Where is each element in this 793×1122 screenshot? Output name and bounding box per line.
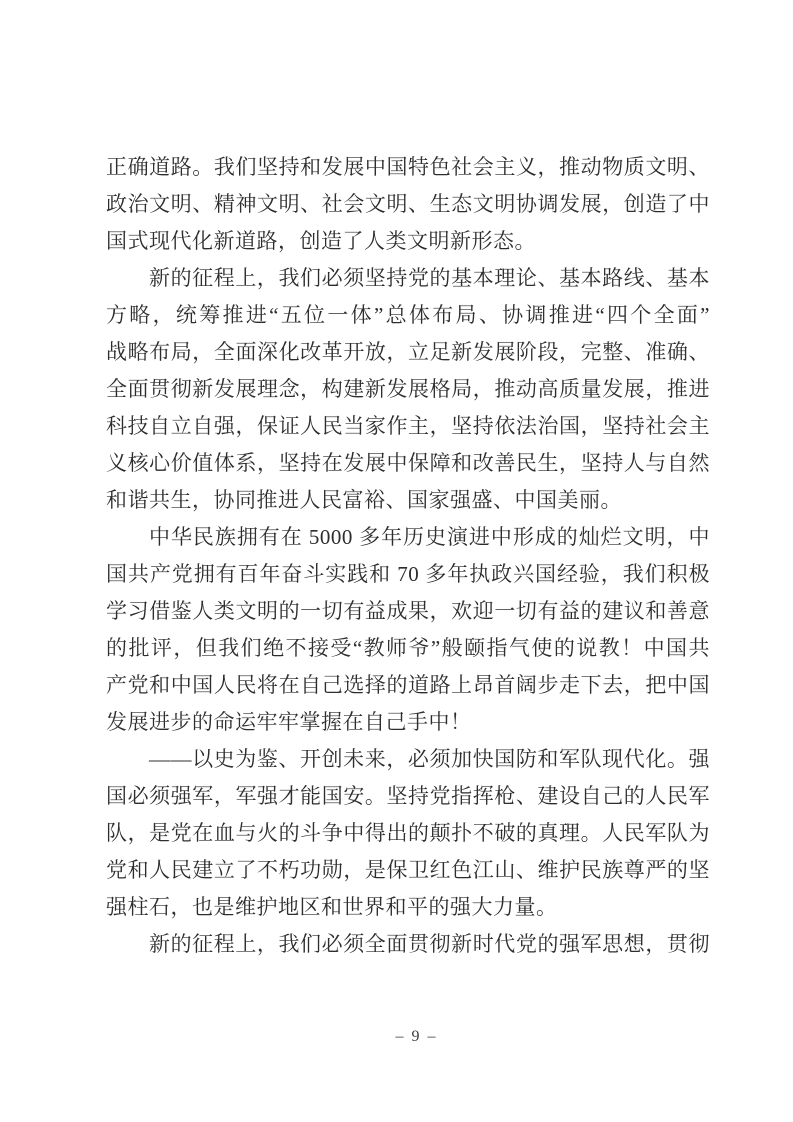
text-line: 科技自立自强，保证人民当家作主，坚持依法治国，坚持社会主 xyxy=(106,408,710,445)
text-line: 发展进步的命运牢牢掌握在自己手中！ xyxy=(106,704,710,741)
text-line: 中华民族拥有在 5000 多年历史演进中形成的灿烂文明，中 xyxy=(106,519,710,556)
text-line: 政治文明、精神文明、社会文明、生态文明协调发展，创造了中 xyxy=(106,186,710,223)
paragraph: 中华民族拥有在 5000 多年历史演进中形成的灿烂文明，中国共产党拥有百年奋斗实… xyxy=(106,519,710,741)
text-line: 国式现代化新道路，创造了人类文明新形态。 xyxy=(106,223,710,260)
text-line: 产党和中国人民将在自己选择的道路上昂首阔步走下去，把中国 xyxy=(106,667,710,704)
text-line: 党和人民建立了不朽功勋，是保卫红色江山、维护民族尊严的坚 xyxy=(106,852,710,889)
text-line: 新的征程上，我们必须全面贯彻新时代党的强军思想，贯彻 xyxy=(106,926,710,963)
text-line: 义核心价值体系，坚持在发展中保障和改善民生，坚持人与自然 xyxy=(106,445,710,482)
text-line: 国必须强军，军强才能国安。坚持党指挥枪、建设自己的人民军 xyxy=(106,778,710,815)
text-line: 战略布局，全面深化改革开放，立足新发展阶段，完整、准确、 xyxy=(106,334,710,371)
paragraph: 新的征程上，我们必须全面贯彻新时代党的强军思想，贯彻 xyxy=(106,926,710,963)
text-line: 学习借鉴人类文明的一切有益成果，欢迎一切有益的建议和善意 xyxy=(106,593,710,630)
text-line: 新的征程上，我们必须坚持党的基本理论、基本路线、基本 xyxy=(106,260,710,297)
document-body: 正确道路。我们坚持和发展中国特色社会主义，推动物质文明、政治文明、精神文明、社会… xyxy=(106,149,710,963)
text-line: ——以史为鉴、开创未来，必须加快国防和军队现代化。强 xyxy=(106,741,710,778)
page-number: – 9 – xyxy=(0,1026,793,1048)
paragraph: 新的征程上，我们必须坚持党的基本理论、基本路线、基本方略，统筹推进“五位一体”总… xyxy=(106,260,710,519)
text-line: 正确道路。我们坚持和发展中国特色社会主义，推动物质文明、 xyxy=(106,149,710,186)
text-line: 国共产党拥有百年奋斗实践和 70 多年执政兴国经验，我们积极 xyxy=(106,556,710,593)
paragraph: 正确道路。我们坚持和发展中国特色社会主义，推动物质文明、政治文明、精神文明、社会… xyxy=(106,149,710,260)
text-line: 强柱石，也是维护地区和世界和平的强大力量。 xyxy=(106,889,710,926)
document-page: 正确道路。我们坚持和发展中国特色社会主义，推动物质文明、政治文明、精神文明、社会… xyxy=(0,0,793,1122)
text-line: 队，是党在血与火的斗争中得出的颠扑不破的真理。人民军队为 xyxy=(106,815,710,852)
text-line: 的批评，但我们绝不接受“教师爷”般颐指气使的说教！中国共 xyxy=(106,630,710,667)
text-line: 全面贯彻新发展理念，构建新发展格局，推动高质量发展，推进 xyxy=(106,371,710,408)
text-line: 和谐共生，协同推进人民富裕、国家强盛、中国美丽。 xyxy=(106,482,710,519)
paragraph: ——以史为鉴、开创未来，必须加快国防和军队现代化。强国必须强军，军强才能国安。坚… xyxy=(106,741,710,926)
text-line: 方略，统筹推进“五位一体”总体布局、协调推进“四个全面” xyxy=(106,297,710,334)
